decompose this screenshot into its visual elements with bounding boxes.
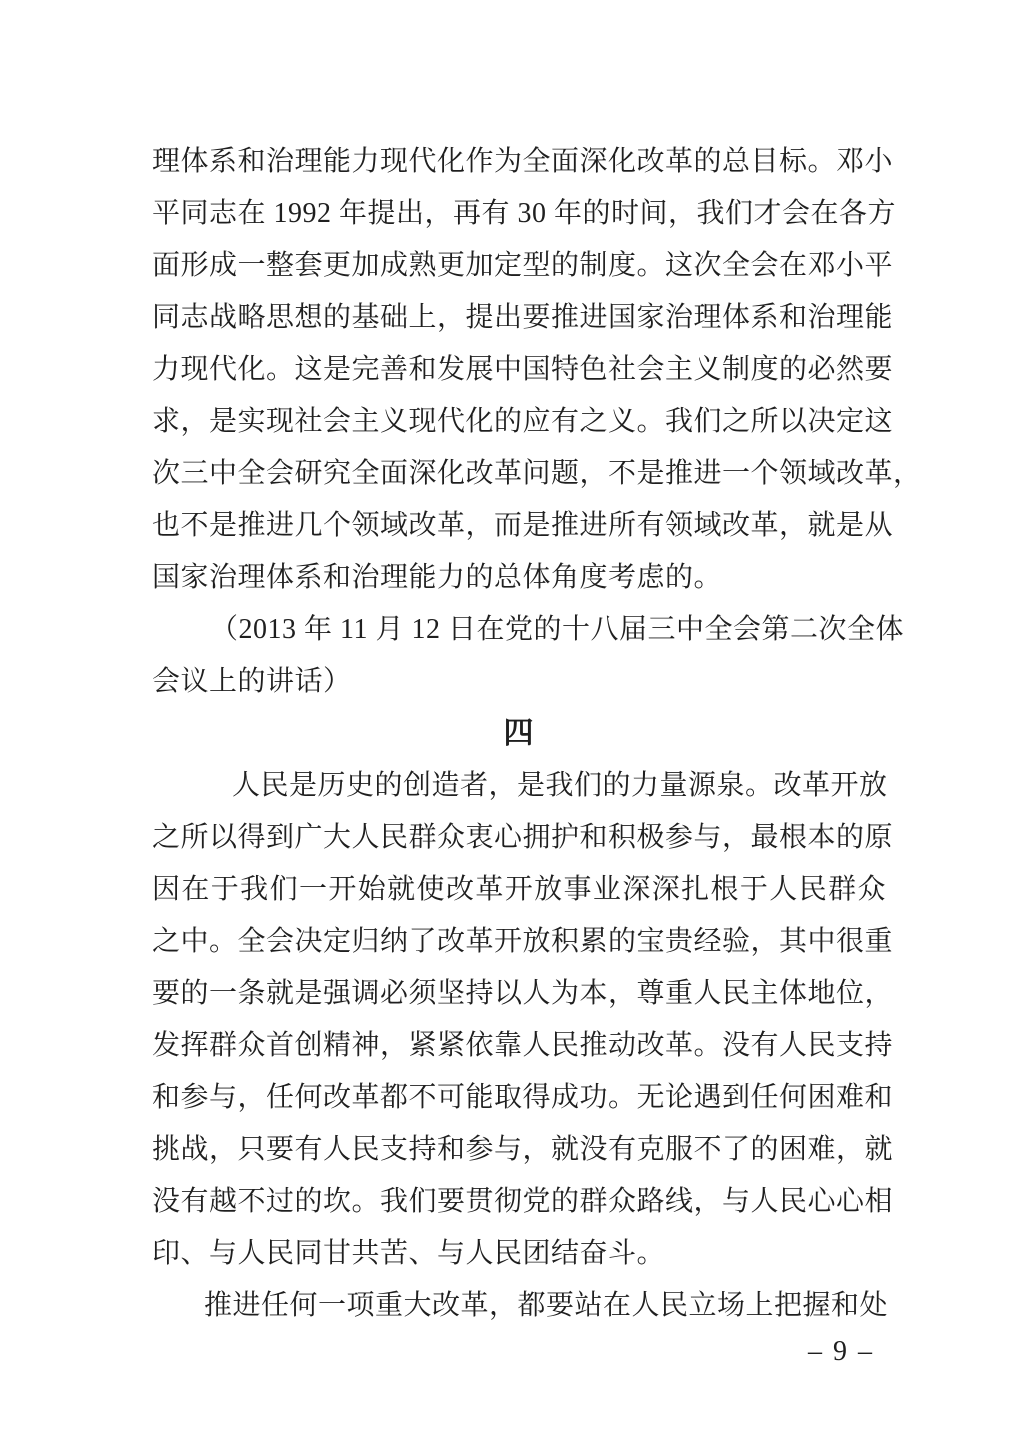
body-text-line: 人民是历史的创造者，是我们的力量源泉。改革开放 [152, 760, 886, 812]
paragraph-2: 人民是历史的创造者，是我们的力量源泉。改革开放 之所以得到广大人民群众衷心拥护和… [152, 760, 886, 1280]
body-text-line: 印、与人民同甘共苦、与人民团结奋斗。 [152, 1228, 886, 1280]
body-text-line: 没有越不过的坎。我们要贯彻党的群众路线，与人民心心相 [152, 1176, 886, 1228]
page-number: – 9 – [808, 1334, 874, 1370]
body-text-line: 次三中全会研究全面深化改革问题，不是推进一个领域改革， [152, 448, 886, 500]
body-text-line: 挑战，只要有人民支持和参与，就没有克服不了的困难，就 [152, 1124, 886, 1176]
body-text-line: 求，是实现社会主义现代化的应有之义。我们之所以决定这 [152, 396, 886, 448]
section-heading-four: 四 [152, 708, 886, 760]
citation-line: 会议上的讲话） [152, 656, 886, 708]
body-text-line: 同志战略思想的基础上，提出要推进国家治理体系和治理能 [152, 292, 886, 344]
body-text-line: 国家治理体系和治理能力的总体角度考虑的。 [152, 552, 886, 604]
citation: （2013 年 11 月 12 日在党的十八届三中全会第二次全体 会议上的讲话） [152, 604, 886, 708]
text-block: 理体系和治理能力现代化作为全面深化改革的总目标。邓小 平同志在 1992 年提出… [152, 136, 886, 1332]
citation-line: （2013 年 11 月 12 日在党的十八届三中全会第二次全体 [152, 604, 886, 656]
body-text-line: 要的一条就是强调必须坚持以人为本，尊重人民主体地位， [152, 968, 886, 1020]
body-text-line: 理体系和治理能力现代化作为全面深化改革的总目标。邓小 [152, 136, 886, 188]
body-text-line: 之中。全会决定归纳了改革开放积累的宝贵经验，其中很重 [152, 916, 886, 968]
body-text-line: 之所以得到广大人民群众衷心拥护和积极参与，最根本的原 [152, 812, 886, 864]
body-text-line: 发挥群众首创精神，紧紧依靠人民推动改革。没有人民支持 [152, 1020, 886, 1072]
paragraph-1: 理体系和治理能力现代化作为全面深化改革的总目标。邓小 平同志在 1992 年提出… [152, 136, 886, 604]
body-text-line: 和参与，任何改革都不可能取得成功。无论遇到任何困难和 [152, 1072, 886, 1124]
body-text-line: 也不是推进几个领域改革，而是推进所有领域改革，就是从 [152, 500, 886, 552]
paragraph-3: 推进任何一项重大改革，都要站在人民立场上把握和处 [152, 1280, 886, 1332]
body-text-line: 面形成一整套更加成熟更加定型的制度。这次全会在邓小平 [152, 240, 886, 292]
document-page: 理体系和治理能力现代化作为全面深化改革的总目标。邓小 平同志在 1992 年提出… [0, 0, 1024, 1448]
body-text-line: 推进任何一项重大改革，都要站在人民立场上把握和处 [152, 1280, 886, 1332]
body-text-line: 因在于我们一开始就使改革开放事业深深扎根于人民群众 [152, 864, 886, 916]
body-text-line: 力现代化。这是完善和发展中国特色社会主义制度的必然要 [152, 344, 886, 396]
body-text-line: 平同志在 1992 年提出，再有 30 年的时间，我们才会在各方 [152, 188, 886, 240]
